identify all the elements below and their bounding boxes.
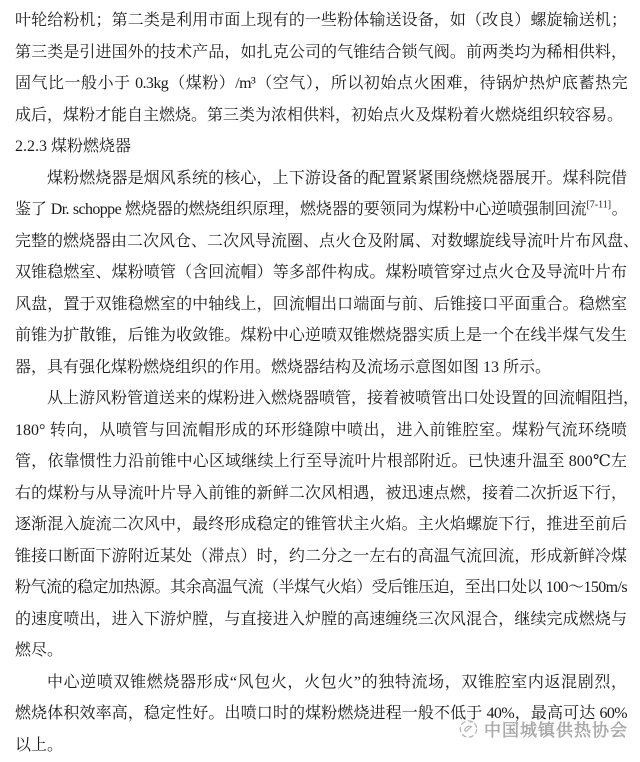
text-line: 的速度喷出，进入下游炉膛，与直接进入炉膛的高速缠绕三次风混合，继续完成燃烧与 <box>15 604 627 636</box>
text-line: 粉气流的稳定加热源。其余高温气流（半煤气火焰）受后锥压迫，至出口处以 100～1… <box>15 572 627 604</box>
section-heading: 2.2.3 煤粉燃烧器 <box>15 131 627 163</box>
text-line: 燃尽。 <box>15 635 627 667</box>
text-line: 鉴了 Dr. schoppe 燃烧器的燃烧组织原理，燃烧器的要领同为煤粉中心逆喷… <box>15 194 627 226</box>
text-line: 180° 转向，从喷管与回流帽形成的环形缝隙中喷出，进入前锥腔室。煤粉气流环绕喷 <box>15 415 627 447</box>
text-line: 燃烧体积效率高，稳定性好。出喷口时的煤粉燃烧进程一般不低于 40%，最高可达 6… <box>15 698 627 730</box>
text-line: 管，依靠惯性力沿前锥中心区域继续上行至导流叶片根部附近。已快速升温至 800℃左 <box>15 446 627 478</box>
text-run: 前锥为扩散锥，后锥为收敛锥。煤粉中心逆喷双锥燃烧器实质上是一个在线半煤气发生 <box>15 327 627 344</box>
text-run: 从上游风粉管道送来的煤粉进入燃烧器喷管，接着被喷管出口处设置的回流帽阻挡， <box>47 390 639 407</box>
text-run: 逐渐混入旋流二次风中，最终形成稳定的锥管状主火焰。主火焰螺旋下行，推进至前后 <box>15 516 627 533</box>
text-run: 鉴了 Dr. schoppe 燃烧器的燃烧组织原理，燃烧器的要领同为煤粉中心逆喷… <box>15 201 586 218</box>
text-line: 成后，煤粉才能自主燃烧。第三类为浓相供料，初始点火及煤粉着火燃烧组织较容易。 <box>15 100 627 132</box>
text-line: 前锥为扩散锥，后锥为收敛锥。煤粉中心逆喷双锥燃烧器实质上是一个在线半煤气发生 <box>15 320 627 352</box>
text-run: 180° 转向，从喷管与回流帽形成的环形缝隙中喷出，进入前锥腔室。煤粉气流环绕喷 <box>15 422 627 439</box>
document-body: 叶轮给粉机；第二类是利用市面上现有的一些粉体输送设备，如（改良）螺旋输送机；第三… <box>15 5 627 761</box>
text-run: 的速度喷出，进入下游炉膛，与直接进入炉膛的高速缠绕三次风混合，继续完成燃烧与 <box>15 611 627 628</box>
text-run: 。 <box>611 201 627 218</box>
text-run: 成后，煤粉才能自主燃烧。第三类为浓相供料，初始点火及煤粉着火燃烧组织较容易。 <box>15 107 623 124</box>
text-line: 右的煤粉与从导流叶片导入前锥的新鲜二次风相遇，被迅速点燃，接着二次折返下行， <box>15 478 627 510</box>
text-run: 煤粉燃烧器是烟风系统的核心，上下游设备的配置紧紧围绕燃烧器展开。煤科院借 <box>47 170 627 187</box>
text-line: 固气比一般小于 0.3kg（煤粉）/m³（空气），所以初始点火困难，待锅炉热炉底… <box>15 68 627 100</box>
text-run: 风盘，置于双锥稳燃室的中轴线上，回流帽出口端面与前、后锥接口平面重合。稳燃室 <box>15 296 627 313</box>
text-run: 2.2.3 煤粉燃烧器 <box>15 138 131 155</box>
text-line: 以上。 <box>15 730 627 762</box>
text-run: 管，依靠惯性力沿前锥中心区域继续上行至导流叶片根部附近。已快速升温至 800℃左 <box>15 453 627 470</box>
text-run: 完整的燃烧器由二次风仓、二次风导流圈、点火仓及附属、对数螺旋线导流叶片布风盘、 <box>15 233 639 250</box>
text-run: 燃尽。 <box>15 642 63 659</box>
text-line: 煤粉燃烧器是烟风系统的核心，上下游设备的配置紧紧围绕燃烧器展开。煤科院借 <box>15 163 627 195</box>
text-line: 器，具有强化煤粉燃烧组织的作用。燃烧器结构及流场示意图如图 13 所示。 <box>15 352 627 384</box>
text-line: 从上游风粉管道送来的煤粉进入燃烧器喷管，接着被喷管出口处设置的回流帽阻挡， <box>15 383 627 415</box>
text-line: 逐渐混入旋流二次风中，最终形成稳定的锥管状主火焰。主火焰螺旋下行，推进至前后 <box>15 509 627 541</box>
text-run: 第三类是引进国外的技术产品，如扎克公司的气锥结合锁气阀。前两类均为稀相供料， <box>15 44 627 61</box>
text-run: 以上。 <box>15 737 63 754</box>
text-line: 中心逆喷双锥燃烧器形成“风包火，火包火”的独特流场，双锥腔室内返混剧烈， <box>15 667 627 699</box>
text-run: 器，具有强化煤粉燃烧组织的作用。燃烧器结构及流场示意图如图 13 所示。 <box>15 359 551 376</box>
text-run: 固气比一般小于 0.3kg（煤粉）/m³（空气），所以初始点火困难，待锅炉热炉底… <box>15 75 627 92</box>
text-line: 双锥稳燃室、煤粉喷管（含回流帽）等多部件构成。煤粉喷管穿过点火仓及导流叶片布 <box>15 257 627 289</box>
text-line: 锥接口断面下游附近某处（滞点）时，约二分之一左右的高温气流回流，形成新鲜冷煤 <box>15 541 627 573</box>
text-run: 粉气流的稳定加热源。其余高温气流（半煤气火焰）受后锥压迫，至出口处以 100～1… <box>15 579 627 596</box>
text-line: 第三类是引进国外的技术产品，如扎克公司的气锥结合锁气阀。前两类均为稀相供料， <box>15 37 627 69</box>
text-run: 中心逆喷双锥燃烧器形成“风包火，火包火”的独特流场，双锥腔室内返混剧烈， <box>47 674 627 691</box>
text-run: 燃烧体积效率高，稳定性好。出喷口时的煤粉燃烧进程一般不低于 40%，最高可达 6… <box>15 705 627 722</box>
text-run: 双锥稳燃室、煤粉喷管（含回流帽）等多部件构成。煤粉喷管穿过点火仓及导流叶片布 <box>15 264 627 281</box>
text-line: 风盘，置于双锥稳燃室的中轴线上，回流帽出口端面与前、后锥接口平面重合。稳燃室 <box>15 289 627 321</box>
citation-superscript: [7-11] <box>586 200 611 211</box>
text-run: 右的煤粉与从导流叶片导入前锥的新鲜二次风相遇，被迅速点燃，接着二次折返下行， <box>15 485 627 502</box>
document-page: 叶轮给粉机；第二类是利用市面上现有的一些粉体输送设备，如（改良）螺旋输送机；第三… <box>0 0 640 761</box>
text-line: 完整的燃烧器由二次风仓、二次风导流圈、点火仓及附属、对数螺旋线导流叶片布风盘、 <box>15 226 627 258</box>
text-line: 叶轮给粉机；第二类是利用市面上现有的一些粉体输送设备，如（改良）螺旋输送机； <box>15 5 627 37</box>
text-run: 锥接口断面下游附近某处（滞点）时，约二分之一左右的高温气流回流，形成新鲜冷煤 <box>15 548 627 565</box>
text-run: 叶轮给粉机；第二类是利用市面上现有的一些粉体输送设备，如（改良）螺旋输送机； <box>15 12 627 29</box>
